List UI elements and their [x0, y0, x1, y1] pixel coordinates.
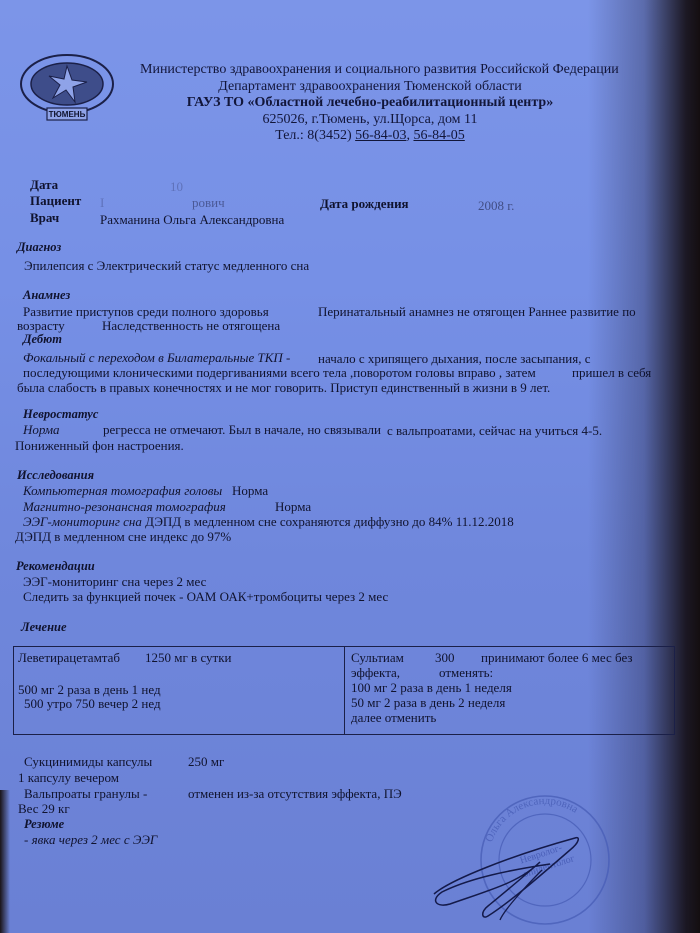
clinic-logo-icon: ТЮМЕНЬ: [19, 54, 115, 122]
treatment-title: Лечение: [21, 620, 67, 635]
neurostatus-line2: Пониженный фон настроения.: [15, 438, 184, 454]
diagnosis-text: Эпилепсия с Электрический статус медленн…: [24, 258, 309, 274]
sultiame-line2b: отменять:: [439, 665, 493, 681]
sultiame-line5: далее отменить: [351, 710, 436, 726]
recommendations-title: Рекомендации: [16, 559, 95, 574]
investigations-title: Исследования: [17, 468, 94, 483]
recommendation-item: Следить за функцией почек - ОАМ ОАК+тром…: [23, 589, 388, 605]
recommendation-item: ЭЭГ-мониторинг сна через 2 мес: [23, 574, 206, 590]
levetiracetam-line2: 500 утро 750 вечер 2 нед: [24, 696, 161, 712]
weight: Вес 29 кг: [18, 801, 70, 817]
neurostatus-norm: Норма: [23, 422, 60, 438]
sultiame-note: принимают более 6 мес без: [481, 650, 633, 666]
doctor-value: Рахманина Ольга Александровна: [100, 212, 284, 228]
sultiame-line3: 100 мг 2 раза в день 1 неделя: [351, 680, 512, 696]
debut-title: Дебют: [23, 332, 62, 347]
debut-line2b: пришел в себя: [572, 365, 651, 381]
ministry-line: Министерство здравоохранения и социально…: [140, 61, 600, 78]
investigation-eeg-value: ДЭПД в медленном сне сохраняются диффузн…: [145, 514, 514, 529]
anamnesis-line1b: Перинатальный анамнез не отягощен Раннее…: [318, 304, 636, 320]
summary-text: - явка через 2 мес с ЭЭГ: [24, 832, 157, 848]
investigation-extra: ДЭПД в медленном сне индекс до 97%: [15, 529, 231, 545]
diagnosis-title: Диагноз: [17, 240, 61, 255]
investigation-ct-label: Компьютерная томография головы: [23, 483, 222, 499]
sultiame-dose: 300: [435, 650, 455, 666]
phone-number-2[interactable]: 56-84-05: [413, 128, 464, 143]
sultiame-line2a: эффекта,: [351, 665, 400, 681]
valproates-label: Вальпроаты гранулы -: [24, 786, 147, 802]
valproates-note: отменен из-за отсутствия эффекта, ПЭ: [188, 786, 402, 802]
phone-line: Тел.: 8(3452) 56-84-03, 56-84-05: [140, 127, 600, 144]
patient-value-start: I: [100, 195, 104, 211]
neurostatus-line1c: с вальпроатами, сейчас на учиться 4-5.: [387, 423, 602, 439]
dob-label: Дата рождения: [320, 196, 409, 212]
address-line: 625026, г.Тюмень, ул.Щорса, дом 11: [140, 111, 600, 128]
treatment-table: Леветирацетамтаб 1250 мг в сутки 500 мг …: [13, 646, 675, 735]
svg-text:ТЮМЕНЬ: ТЮМЕНЬ: [49, 110, 86, 119]
department-line: Департамент здравоохранения Тюменской об…: [140, 78, 600, 95]
summary-title: Резюме: [24, 817, 64, 832]
levetiracetam-drug: Леветирацетамтаб: [18, 650, 120, 666]
phone-number-1[interactable]: 56-84-03: [355, 128, 406, 143]
sultiame-line4: 50 мг 2 раза в день 2 неделя: [351, 695, 505, 711]
sultiame-drug: Сультиам: [351, 650, 404, 666]
succinimides-note: 1 капсулу вечером: [18, 770, 119, 786]
debut-line1a: Фокальный с переходом в Билатеральные ТК…: [23, 350, 290, 366]
succinimides-label: Сукцинимиды капсулы: [24, 754, 152, 770]
institution-name: ГАУЗ ТО «Областной лечебно-реабилитацион…: [140, 94, 600, 111]
background-shadow: [0, 790, 10, 933]
neurostatus-line1b: регресса не отмечают. Был в начале, но с…: [103, 422, 381, 438]
debut-line2a: последующими клоническими подергиваниями…: [23, 365, 536, 381]
treatment-cell-levetiracetam: Леветирацетамтаб 1250 мг в сутки 500 мг …: [14, 647, 345, 734]
signature-icon: [430, 820, 590, 930]
anamnesis-line2b: Наследственность не отягощена: [102, 318, 280, 334]
patient-value-end: рович: [192, 195, 225, 211]
date-label: Дата: [30, 177, 58, 193]
treatment-cell-sultiame: Сультиам 300 принимают более 6 мес без э…: [345, 647, 674, 734]
investigation-eeg-label: ЭЭГ-мониторинг сна: [23, 514, 142, 529]
date-value: 10: [170, 179, 183, 195]
dob-value: 2008 г.: [478, 198, 514, 214]
doctor-label: Врач: [30, 210, 59, 226]
patient-label: Пациент: [30, 193, 81, 209]
investigation-mri-value: Норма: [275, 499, 311, 515]
neurostatus-title: Невростатус: [23, 407, 98, 422]
investigation-eeg: ЭЭГ-мониторинг сна ДЭПД в медленном сне …: [23, 514, 514, 530]
succinimides-dose: 250 мг: [188, 754, 224, 770]
anamnesis-title: Анамнез: [23, 288, 70, 303]
levetiracetam-dose: 1250 мг в сутки: [145, 650, 232, 666]
phone-prefix: Тел.: 8(3452): [275, 128, 355, 143]
investigation-ct-value: Норма: [232, 483, 268, 499]
debut-line3: была слабость в правых конечностях и не …: [17, 380, 550, 396]
investigation-mri-label: Магнитно-резонансная томография: [23, 499, 226, 515]
